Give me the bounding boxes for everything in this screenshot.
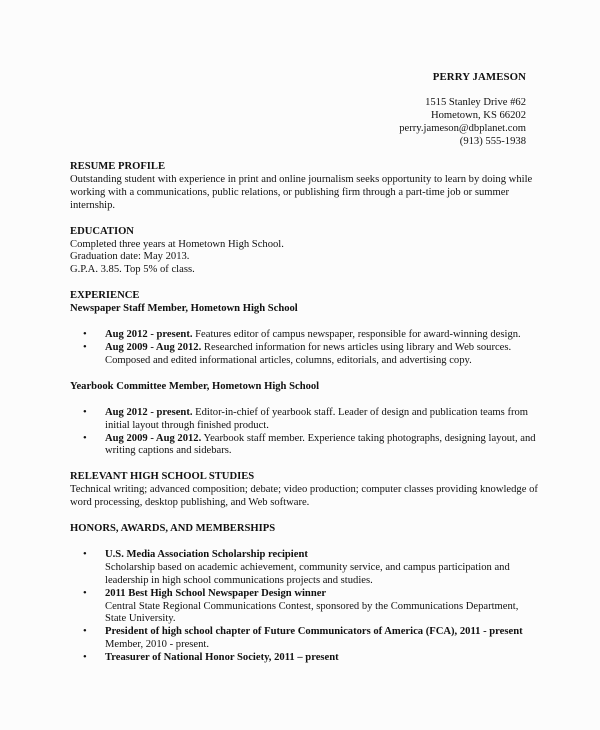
list-item: •Aug 2009 - Aug 2012. Researched informa… (70, 342, 540, 368)
honor-text: Member, 2010 - present. (105, 639, 540, 652)
list-item: •Aug 2012 - present. Editor-in-chief of … (70, 407, 540, 433)
dates: Aug 2012 - present. (105, 407, 193, 418)
section-heading: RESUME PROFILE (70, 161, 540, 174)
section-heading: RELEVANT HIGH SCHOOL STUDIES (70, 471, 540, 484)
honor-title: 2011 Best High School Newspaper Design w… (105, 588, 540, 601)
bullet-icon: • (83, 433, 87, 446)
job-title: Yearbook Committee Member, Hometown High… (70, 381, 540, 394)
education-line: Graduation date: May 2013. (70, 251, 540, 264)
bullet-icon: • (83, 329, 87, 342)
section-heading: HONORS, AWARDS, AND MEMBERSHIPS (70, 523, 540, 536)
education-line: Completed three years at Hometown High S… (70, 239, 540, 252)
resume-body: RESUME PROFILE Outstanding student with … (70, 161, 540, 678)
studies-section: RELEVANT HIGH SCHOOL STUDIES Technical w… (70, 471, 540, 510)
bullet-icon: • (83, 407, 87, 420)
list-item: •Aug 2009 - Aug 2012. Yearbook staff mem… (70, 433, 540, 459)
list-item: •President of high school chapter of Fut… (70, 626, 540, 652)
profile-section: RESUME PROFILE Outstanding student with … (70, 161, 540, 213)
education-line: G.P.A. 3.85. Top 5% of class. (70, 264, 540, 277)
contact-header: PERRY JAMESON 1515 Stanley Drive #62 Hom… (399, 71, 526, 149)
honors-section: HONORS, AWARDS, AND MEMBERSHIPS •U.S. Me… (70, 523, 540, 665)
applicant-name: PERRY JAMESON (399, 71, 526, 84)
profile-text: Outstanding student with experience in p… (70, 174, 540, 213)
bullet-icon: • (83, 588, 87, 601)
email: perry.jameson@dbplanet.com (399, 123, 526, 136)
list-item: •Treasurer of National Honor Society, 20… (70, 652, 540, 665)
bullet-icon: • (83, 549, 87, 562)
honor-text: Scholarship based on academic achievemen… (105, 562, 540, 588)
list-item: •2011 Best High School Newspaper Design … (70, 588, 540, 627)
list-item: •Aug 2012 - present. Features editor of … (70, 329, 540, 342)
studies-text: Technical writing; advanced composition;… (70, 484, 540, 510)
section-heading: EXPERIENCE (70, 290, 540, 303)
honor-title: Treasurer of National Honor Society, 201… (105, 652, 540, 665)
description: Features editor of campus newspaper, res… (193, 329, 521, 340)
section-heading: EDUCATION (70, 226, 540, 239)
experience-section: EXPERIENCE Newspaper Staff Member, Homet… (70, 290, 540, 458)
phone: (913) 555-1938 (399, 136, 526, 149)
job-title: Newspaper Staff Member, Hometown High Sc… (70, 303, 540, 316)
address-line-1: 1515 Stanley Drive #62 (399, 97, 526, 110)
bullet-icon: • (83, 652, 87, 665)
honor-title: President of high school chapter of Futu… (105, 626, 540, 639)
job-duties: •Aug 2012 - present. Features editor of … (70, 329, 540, 368)
job-duties: •Aug 2012 - present. Editor-in-chief of … (70, 407, 540, 459)
bullet-icon: • (83, 342, 87, 355)
education-section: EDUCATION Completed three years at Homet… (70, 226, 540, 278)
honor-text: Central State Regional Communications Co… (105, 601, 540, 627)
dates: Aug 2012 - present. (105, 329, 193, 340)
honors-list: •U.S. Media Association Scholarship reci… (70, 549, 540, 665)
dates: Aug 2009 - Aug 2012. (105, 433, 201, 444)
address-line-2: Hometown, KS 66202 (399, 110, 526, 123)
dates: Aug 2009 - Aug 2012. (105, 342, 201, 353)
bullet-icon: • (83, 626, 87, 639)
list-item: •U.S. Media Association Scholarship reci… (70, 549, 540, 588)
honor-title: U.S. Media Association Scholarship recip… (105, 549, 540, 562)
resume-page: PERRY JAMESON 1515 Stanley Drive #62 Hom… (0, 0, 600, 730)
